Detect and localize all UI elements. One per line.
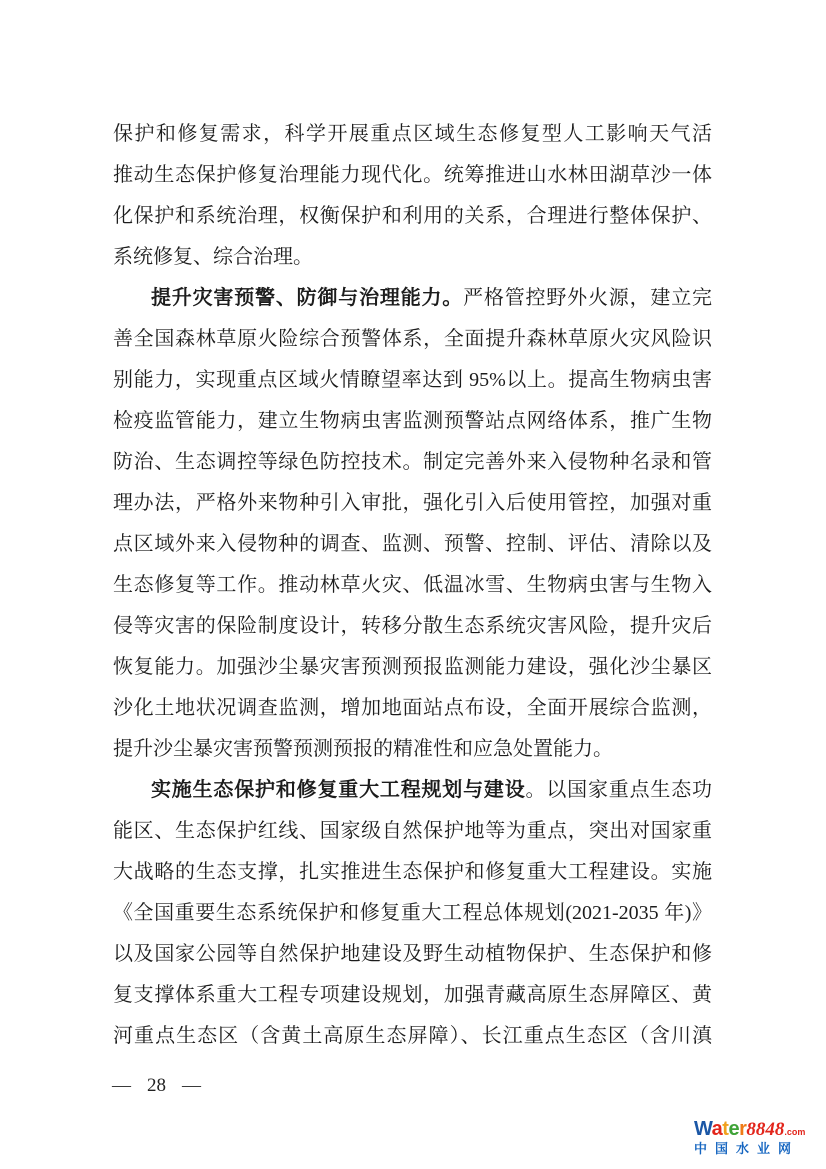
text-line: 以及国家公园等自然保护地建设及野生动植物保护、生态保护和修 [113, 934, 712, 975]
text-line: 系统修复、综合治理。 [113, 237, 712, 278]
document-text: 保护和修复需求，科学开展重点区域生态修复型人工影响天气活动， 推动生态保护修复治… [113, 114, 712, 1057]
text-line: 河重点生态区（含黄土高原生态屏障）、长江重点生态区（含川滇 [113, 1016, 712, 1057]
page-number: 28 [147, 1075, 166, 1097]
logo-com-suffix: .com [784, 1127, 805, 1137]
text-line: 大战略的生态支撑，扎实推进生态保护和修复重大工程建设。实施 [113, 852, 712, 893]
text-line: 别能力，实现重点区域火情瞭望率达到 95%以上。提高生物病虫害 [113, 360, 712, 401]
footer-dash-left: — [112, 1075, 131, 1097]
text-line: 善全国森林草原火险综合预警体系，全面提升森林草原火灾风险识 [113, 319, 712, 360]
text-line: 恢复能力。加强沙尘暴灾害预测预报监测能力建设，强化沙尘暴区 [113, 647, 712, 688]
paragraph-heading-rest: 。以国家重点生态功 [526, 779, 712, 801]
logo-letter-w: W [694, 1118, 712, 1140]
text-line: 能区、生态保护红线、国家级自然保护地等为重点，突出对国家重 [113, 811, 712, 852]
logo-letter-a: a [712, 1118, 723, 1140]
text-line: 保护和修复需求，科学开展重点区域生态修复型人工影响天气活动， [113, 114, 712, 155]
paragraph-heading: 提升灾害预警、防御与治理能力。 [151, 287, 463, 309]
footer-dash-right: — [182, 1075, 201, 1097]
logo-chinese-subtitle: 中国水业网 [694, 1142, 818, 1155]
paragraph-heading-rest: 严格管控野外火源，建立完 [463, 287, 712, 309]
document-page: 保护和修复需求，科学开展重点区域生态修复型人工影响天气活动， 推动生态保护修复治… [0, 0, 826, 1169]
page-footer: — 28 — [112, 1072, 201, 1100]
text-line: 沙化土地状况调查监测，增加地面站点布设，全面开展综合监测， [113, 688, 712, 729]
text-line: 实施生态保护和修复重大工程规划与建设。以国家重点生态功 [113, 770, 712, 811]
text-line: 提升沙尘暴灾害预警预测预报的精准性和应急处置能力。 [113, 729, 712, 770]
text-line: 化保护和系统治理，权衡保护和利用的关系，合理进行整体保护、 [113, 196, 712, 237]
text-line: 侵等灾害的保险制度设计，转移分散生态系统灾害风险，提升灾后 [113, 606, 712, 647]
text-line: 提升灾害预警、防御与治理能力。严格管控野外火源，建立完 [113, 278, 712, 319]
paragraph: 实施生态保护和修复重大工程规划与建设。以国家重点生态功 能区、生态保护红线、国家… [113, 770, 712, 1057]
text-line: 复支撑体系重大工程专项建设规划，加强青藏高原生态屏障区、黄 [113, 975, 712, 1016]
text-line: 点区域外来入侵物种的调查、监测、预警、控制、评估、清除以及 [113, 524, 712, 565]
logo-8848-number: 8848 [746, 1119, 784, 1140]
logo-wordmark: Water8848.com [694, 1119, 818, 1139]
text-line: 防治、生态调控等绿色防控技术。制定完善外来入侵物种名录和管 [113, 442, 712, 483]
text-line: 《全国重要生态系统保护和修复重大工程总体规划(2021-2035 年)》 [113, 893, 712, 934]
water8848-logo: Water8848.com 中国水业网 [694, 1119, 818, 1155]
paragraph: 保护和修复需求，科学开展重点区域生态修复型人工影响天气活动， 推动生态保护修复治… [113, 114, 712, 278]
text-line: 生态修复等工作。推动林草火灾、低温冰雪、生物病虫害与生物入 [113, 565, 712, 606]
text-line: 检疫监管能力，建立生物病虫害监测预警站点网络体系，推广生物 [113, 401, 712, 442]
text-line: 理办法，严格外来物种引入审批，强化引入后使用管控，加强对重 [113, 483, 712, 524]
logo-letter-e: e [728, 1118, 739, 1140]
paragraph-heading: 实施生态保护和修复重大工程规划与建设 [151, 779, 526, 801]
paragraph: 提升灾害预警、防御与治理能力。严格管控野外火源，建立完 善全国森林草原火险综合预… [113, 278, 712, 770]
text-line: 推动生态保护修复治理能力现代化。统筹推进山水林田湖草沙一体 [113, 155, 712, 196]
